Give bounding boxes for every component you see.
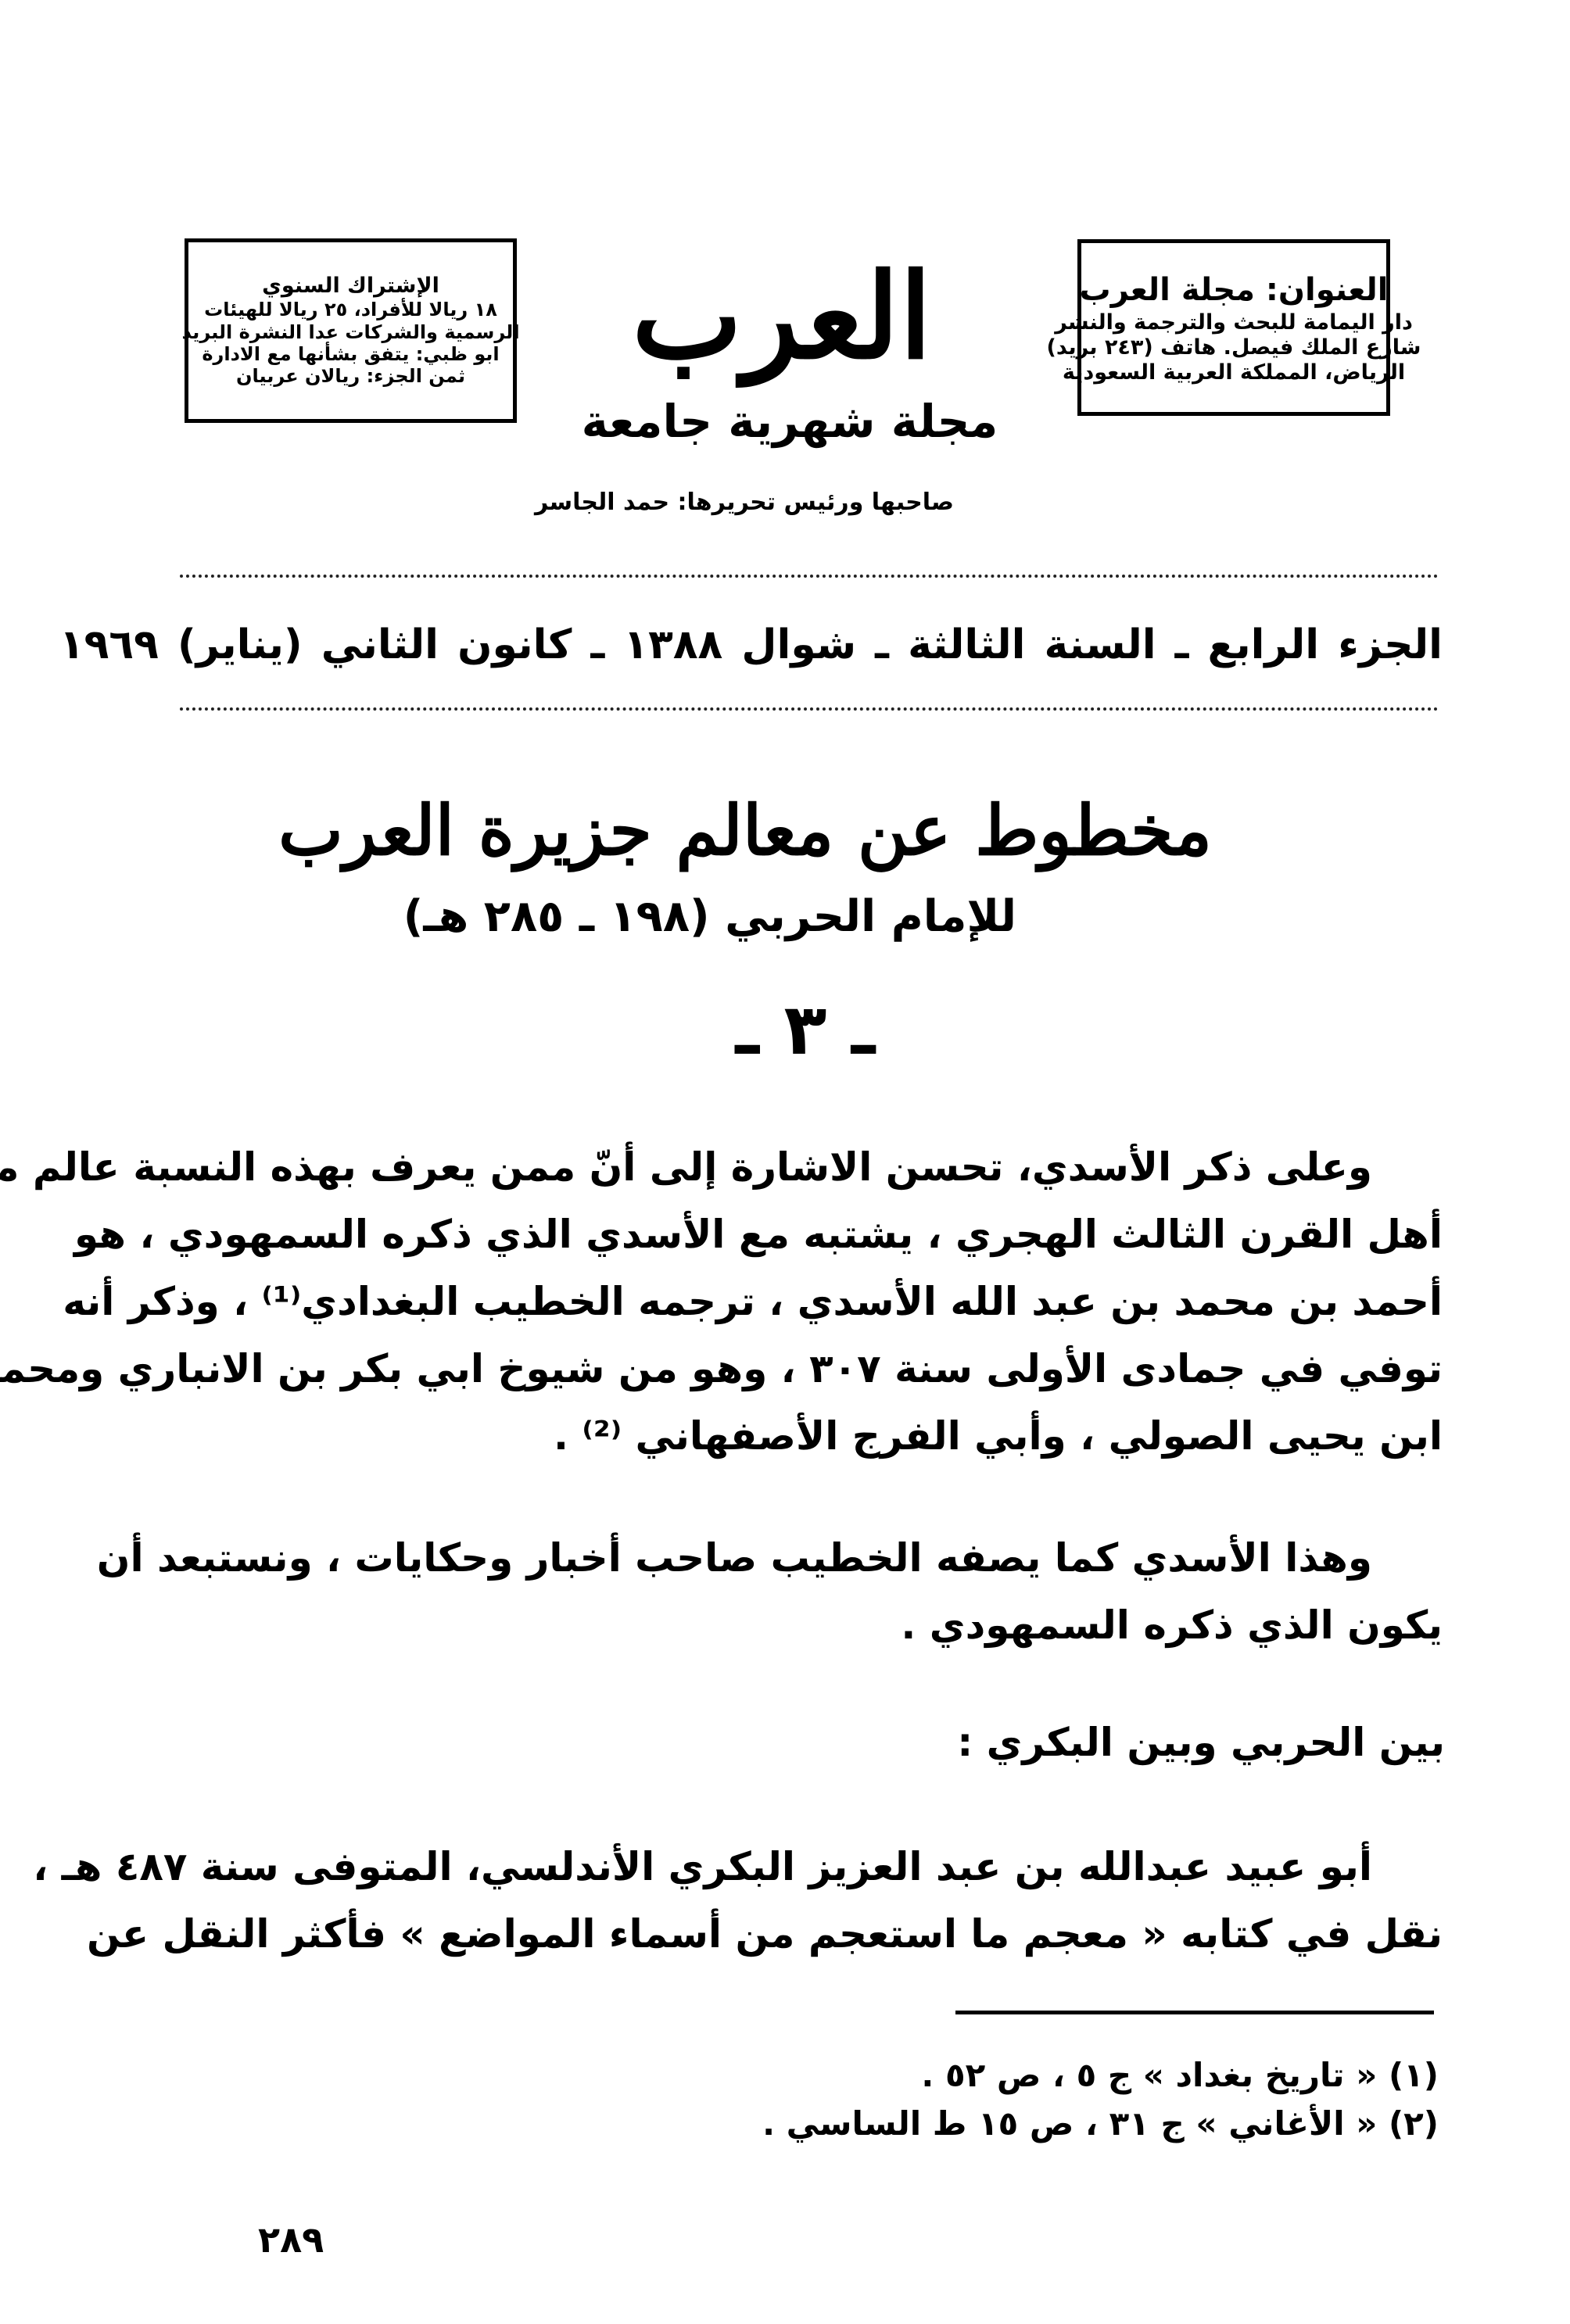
dotted-separator-bottom <box>180 707 1439 711</box>
text-line: نقل في كتابه « معجم ما استعجم من أسماء ا… <box>180 1900 1443 1968</box>
article-part-number: ـ ٣ ـ <box>704 989 907 1071</box>
paragraph-2: وهذا الأسدي كما يصفه الخطيب صاحب أخبار و… <box>180 1524 1443 1659</box>
article-author-line: للإمام الحربي (١٩٨ ـ ٢٨٥ هـ) <box>547 891 1016 942</box>
footnote-2: (٢) « الأغاني » ج ٣١ ، ص ١٥ ط الساسي . <box>762 2104 1439 2143</box>
magazine-title: العرب <box>579 258 985 375</box>
footnote-1: (١) « تاريخ بغداد » ج ٥ ، ص ٥٢ . <box>921 2056 1439 2094</box>
paragraph-1: وعلى ذكر الأسدي، تحسن الاشارة إلى أنّ مم… <box>180 1133 1443 1470</box>
footnote-separator <box>955 2011 1434 2014</box>
address-line: شارع الملك فيصل. هاتف (٢٤٣ بريد) <box>1047 335 1421 360</box>
subscription-line: ١٨ ريالا للأفراد، ٢٥ ريالا للهيئات <box>204 299 497 320</box>
address-line: العنوان: مجلة العرب <box>1080 270 1389 310</box>
section-heading: بين الحربي وبين البكري : <box>957 1720 1445 1765</box>
dotted-separator-top <box>180 575 1439 578</box>
text-line: يكون الذي ذكره السمهودي . <box>180 1592 1443 1659</box>
text-line: أبو عبيد عبدالله بن عبد العزيز البكري ال… <box>180 1833 1443 1900</box>
text-line: أهل القرن الثالث الهجري ، يشتبه مع الأسد… <box>180 1201 1443 1268</box>
section-paragraph: أبو عبيد عبدالله بن عبد العزيز البكري ال… <box>180 1833 1443 1968</box>
editor-line: صاحبها ورئيس تحريرها: حمد الجاسر <box>594 489 954 516</box>
address-line: دار اليمامة للبحث والترجمة والنشر <box>1055 310 1413 335</box>
text-line: أحمد بن محمد بن عبد الله الأسدي ، ترجمه … <box>180 1268 1443 1335</box>
page-number: ٢٨٩ <box>258 2218 324 2261</box>
address-box: العنوان: مجلة العرب دار اليمامة للبحث وا… <box>1077 239 1390 416</box>
text-line: وعلى ذكر الأسدي، تحسن الاشارة إلى أنّ مم… <box>180 1133 1443 1201</box>
subscription-line: الإشتراك السنوي <box>262 274 439 299</box>
issue-line: الجزء الرابع ـ السنة الثالثة ـ شوال ١٣٨٨… <box>176 621 1443 668</box>
text-line: ابن يحيى الصولي ، وأبي الفرج الأصفهاني ⁽… <box>180 1402 1443 1470</box>
subscription-line: ابو ظبي: يتفق بشأنها مع الادارة <box>202 343 499 365</box>
address-line: الرياض، المملكة العربية السعودية <box>1063 360 1405 385</box>
text-line: وهذا الأسدي كما يصفه الخطيب صاحب أخبار و… <box>180 1524 1443 1592</box>
subscription-line: الرسمية والشركات عدا النشرة البريد <box>181 321 519 343</box>
article-title: مخطوط عن معالم جزيرة العرب <box>391 790 1212 871</box>
subscription-box: الإشتراك السنوي ١٨ ريالا للأفراد، ٢٥ ريا… <box>185 238 517 423</box>
subscription-line: ثمن الجزء: ريالان عربيان <box>236 365 465 387</box>
magazine-subtitle: مجلة شهرية جامعة <box>547 395 1032 448</box>
text-line: توفي في جمادى الأولى سنة ٣٠٧ ، وهو من شي… <box>180 1335 1443 1402</box>
